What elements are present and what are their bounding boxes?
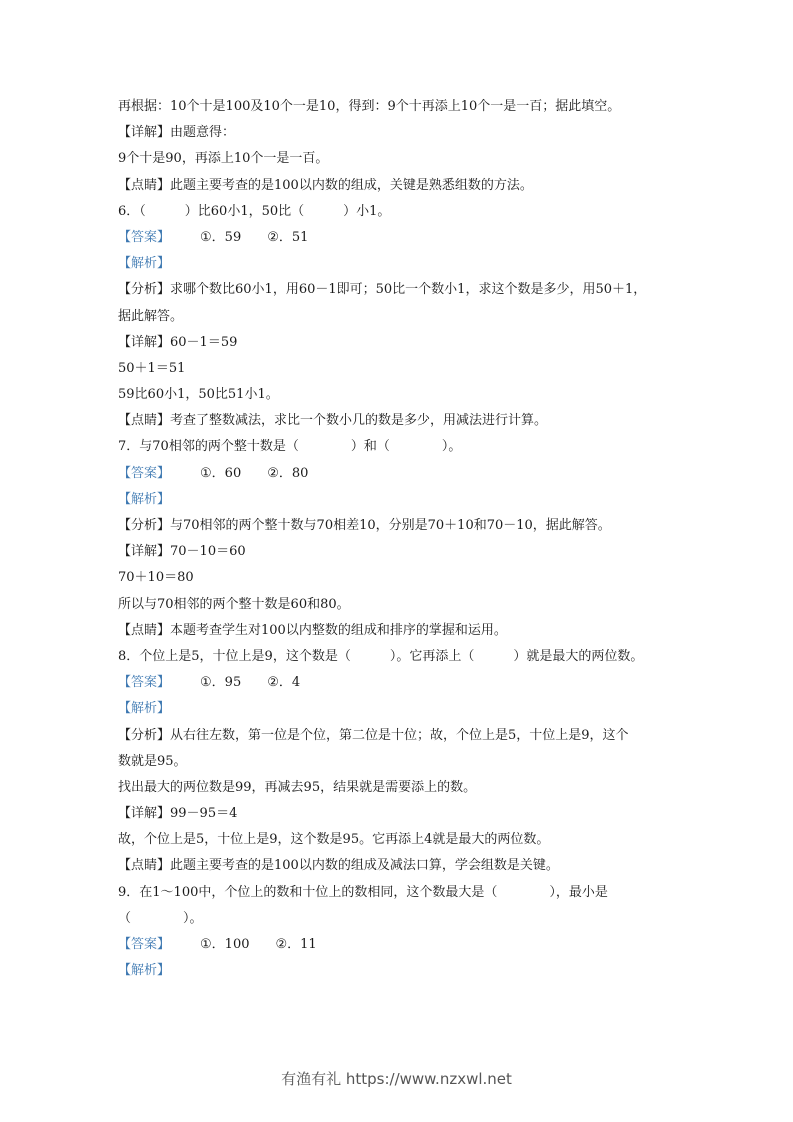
q8-fenxi: 【分析】从右往左数，第一位是个位，第二位是十位；故，个位上是5，十位上是9，这个 (118, 723, 688, 749)
q8-analysis-heading: 【解析】 (118, 696, 688, 722)
q5-detail: 【详解】由题意得： (118, 120, 688, 146)
q8-answer: 【答案】①．95②．4 (118, 670, 688, 696)
analysis-label: 【解析】 (118, 963, 170, 978)
comment-label: 【点睛】 (118, 178, 170, 193)
answer-label: 【答案】 (118, 230, 170, 245)
q8-detail: 【详解】99－95＝4 (118, 801, 688, 827)
q7-question: 7．与70相邻的两个整十数是（ ）和（ ）。 (118, 434, 688, 460)
q9-question: 9．在1～100中，个位上的数和十位上的数相同，这个数最大是（ ），最小是 (118, 880, 688, 906)
q9-answer: 【答案】①．100②．11 (118, 932, 688, 958)
q7-answer-2: ②．80 (267, 466, 308, 481)
q5-detail-text: 由题意得： (170, 125, 235, 140)
q5-detail-line: 9个十是90，再添上10个一是一百。 (118, 146, 688, 172)
analysis-label: 【解析】 (118, 256, 170, 271)
q5-comment-text: 此题主要考查的是100以内数的组成，关键是熟悉组数的方法。 (170, 178, 533, 193)
q9-answer-2: ②．11 (275, 937, 316, 952)
q8-fenxi-extra: 找出最大的两位数是99，再减去95，结果就是需要添上的数。 (118, 775, 688, 801)
answer-label: 【答案】 (118, 675, 170, 690)
q9-answer-1: ①．100 (200, 937, 249, 952)
q6-detail-line-2: 59比60小1，50比51小1。 (118, 382, 688, 408)
q6-detail-text: 60－1＝59 (170, 335, 237, 350)
fenxi-label: 【分析】 (118, 518, 170, 533)
q6-answer: 【答案】①．59②．51 (118, 225, 688, 251)
q6-fenxi-text: 求哪个数比60小1，用60－1即可；50比一个数小1，求这个数是多少，用50＋1… (170, 282, 646, 297)
q7-fenxi: 【分析】与70相邻的两个整十数与70相差10，分别是70＋10和70－10，据此… (118, 513, 688, 539)
q8-fenxi-text: 从右往左数，第一位是个位，第二位是十位；故，个位上是5，十位上是9，这个 (170, 728, 629, 743)
q7-comment: 【点睛】本题考查学生对100以内整数的组成和排序的掌握和运用。 (118, 618, 688, 644)
answer-label: 【答案】 (118, 937, 170, 952)
q8-answer-2: ②．4 (267, 675, 300, 690)
answer-label: 【答案】 (118, 466, 170, 481)
comment-label: 【点睛】 (118, 623, 170, 638)
q6-detail-line-1: 50＋1＝51 (118, 356, 688, 382)
q8-answer-1: ①．95 (200, 675, 241, 690)
detail-label: 【详解】 (118, 335, 170, 350)
q6-detail: 【详解】60－1＝59 (118, 330, 688, 356)
q7-detail: 【详解】70－10＝60 (118, 539, 688, 565)
comment-label: 【点睛】 (118, 858, 170, 873)
q8-detail-line-1: 故，个位上是5，十位上是9，这个数是95。它再添上4就是最大的两位数。 (118, 827, 688, 853)
q6-fenxi-continuation: 据此解答。 (118, 304, 688, 330)
analysis-label: 【解析】 (118, 492, 170, 507)
q7-answer-1: ①．60 (200, 466, 241, 481)
q7-fenxi-text: 与70相邻的两个整十数与70相差10，分别是70＋10和70－10，据此解答。 (170, 518, 611, 533)
fenxi-label: 【分析】 (118, 728, 170, 743)
q6-comment-text: 考查了整数减法，求比一个数小几的数是多少，用减法进行计算。 (170, 413, 547, 428)
q7-comment-text: 本题考查学生对100以内整数的组成和排序的掌握和运用。 (170, 623, 507, 638)
q7-analysis-heading: 【解析】 (118, 487, 688, 513)
q5-comment: 【点睛】此题主要考查的是100以内数的组成，关键是熟悉组数的方法。 (118, 173, 688, 199)
analysis-label: 【解析】 (118, 701, 170, 716)
q6-analysis-heading: 【解析】 (118, 251, 688, 277)
q8-comment-text: 此题主要考查的是100以内数的组成及减法口算，学会组数是关键。 (170, 858, 559, 873)
q6-question: 6．（ ）比60小1，50比（ ）小1。 (118, 199, 688, 225)
q6-answer-1: ①．59 (200, 230, 241, 245)
q8-fenxi-continuation: 数就是95。 (118, 749, 688, 775)
q8-question: 8．个位上是5，十位上是9，这个数是（ ）。它再添上（ ）就是最大的两位数。 (118, 644, 688, 670)
q8-comment: 【点睛】此题主要考查的是100以内数的组成及减法口算，学会组数是关键。 (118, 853, 688, 879)
q6-fenxi: 【分析】求哪个数比60小1，用60－1即可；50比一个数小1，求这个数是多少，用… (118, 277, 688, 303)
q7-answer: 【答案】①．60②．80 (118, 461, 688, 487)
detail-label: 【详解】 (118, 125, 170, 140)
q9-analysis-heading: 【解析】 (118, 958, 688, 984)
document-page: 再根据：10个十是100及10个一是10，得到：9个十再添上10个一是一百；据此… (118, 94, 688, 984)
q6-comment: 【点睛】考查了整数减法，求比一个数小几的数是多少，用减法进行计算。 (118, 408, 688, 434)
q5-analysis-continuation: 再根据：10个十是100及10个一是10，得到：9个十再添上10个一是一百；据此… (118, 94, 688, 120)
q7-detail-line-1: 70＋10＝80 (118, 565, 688, 591)
detail-label: 【详解】 (118, 806, 170, 821)
q8-detail-text: 99－95＝4 (170, 806, 237, 821)
fenxi-label: 【分析】 (118, 282, 170, 297)
detail-label: 【详解】 (118, 544, 170, 559)
q7-detail-line-2: 所以与70相邻的两个整十数是60和80。 (118, 592, 688, 618)
q9-question-continuation: （ ）。 (118, 906, 688, 932)
q6-answer-2: ②．51 (267, 230, 308, 245)
comment-label: 【点睛】 (118, 413, 170, 428)
q7-detail-text: 70－10＝60 (170, 544, 246, 559)
footer-watermark: 有渔有礼 https://www.nzxwl.net (0, 1068, 793, 1089)
